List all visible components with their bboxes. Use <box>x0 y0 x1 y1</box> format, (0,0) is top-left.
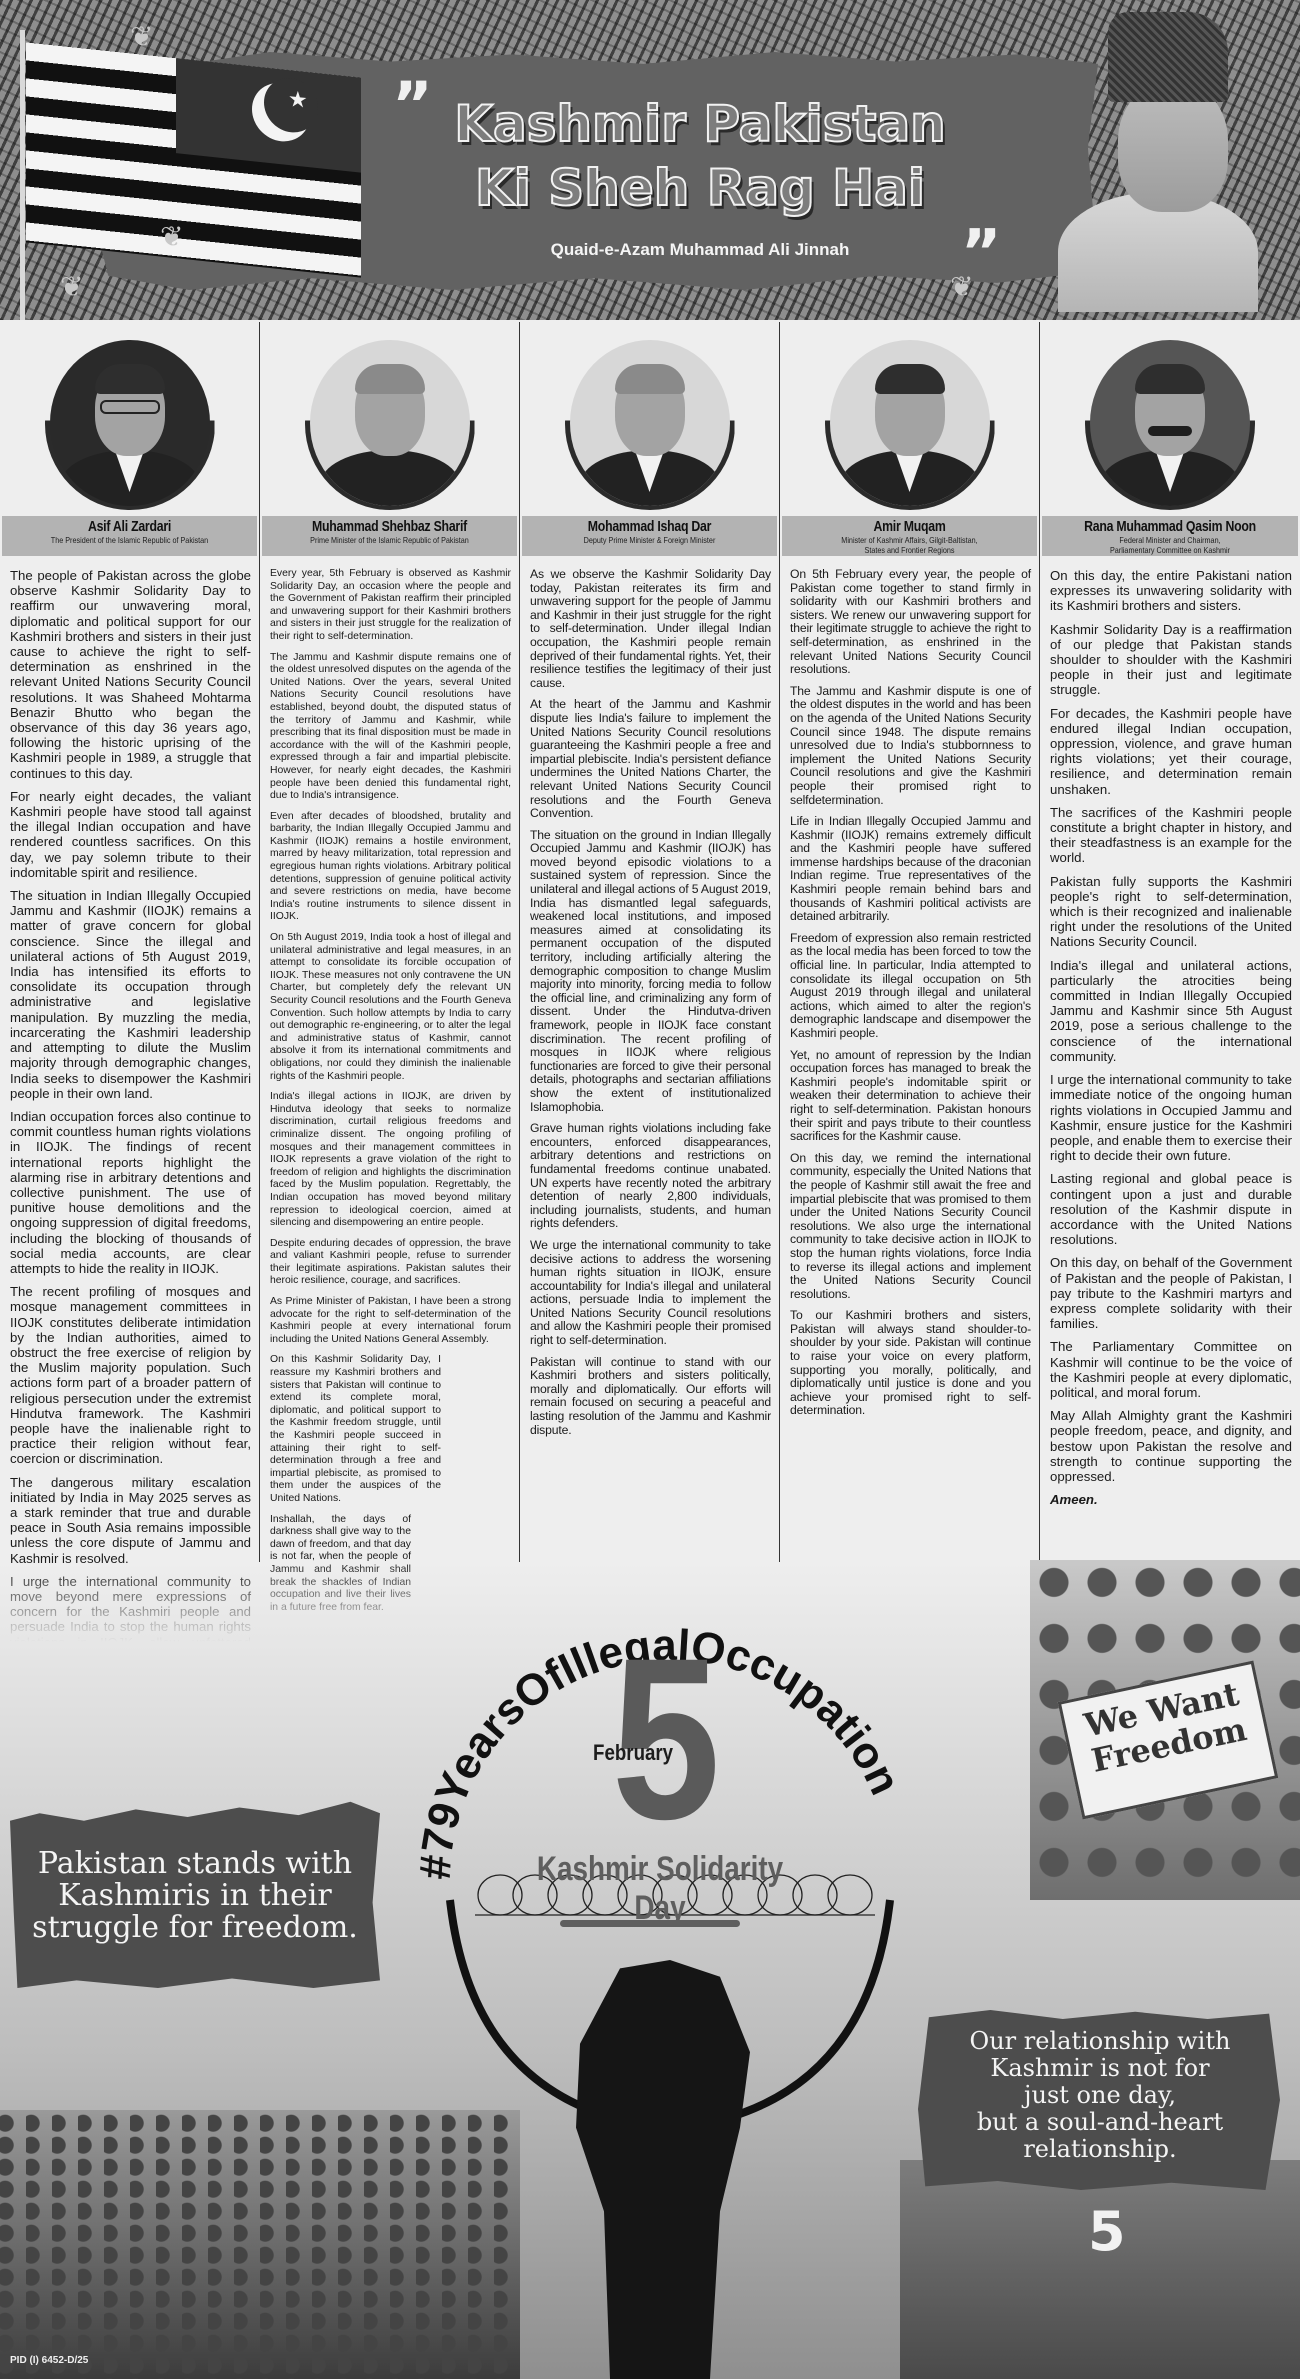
name-bar: Muhammad Shehbaz Sharif Prime Minister o… <box>262 516 517 556</box>
message-paragraph: India's illegal and unilateral actions, … <box>1050 958 1292 1064</box>
message-paragraph: Lasting regional and global peace is con… <box>1050 1171 1292 1247</box>
message-paragraph: The Jammu and Kashmir dispute is one of … <box>790 685 1031 807</box>
message-paragraph: For nearly eight decades, the valiant Ka… <box>10 789 251 880</box>
message-paragraph: India's illegal actions in IIOJK, are dr… <box>270 1091 511 1230</box>
leaders-messages: Asif Ali Zardari The President of the Is… <box>0 322 1300 1562</box>
message-paragraph: On this day, we remind the international… <box>790 1152 1031 1302</box>
banner-quote: Kashmir Pakistan Ki Sheh Rag Hai <box>420 92 980 220</box>
avatar <box>565 338 735 510</box>
callout-left: Pakistan stands with Kashmiris in their … <box>24 1848 366 1944</box>
message-paragraph: The sacrifices of the Kashmiri people co… <box>1050 805 1292 866</box>
maple-leaf-icon: ❦ <box>950 270 973 303</box>
leader-name: Asif Ali Zardari <box>25 518 234 535</box>
leader-name: Rana Muhammad Qasim Noon <box>1065 518 1275 535</box>
leader-name: Muhammad Shehbaz Sharif <box>285 518 494 535</box>
kashmir-flag-icon: ★ <box>26 42 361 277</box>
banner-quote-line2: Ki Sheh Rag Hai <box>475 159 925 217</box>
karakul-cap <box>1108 12 1228 102</box>
leader-column-shehbaz: Muhammad Shehbaz Sharif Prime Minister o… <box>260 322 520 1562</box>
leader-column-noon: Rana Muhammad Qasim Noon Federal Ministe… <box>1040 322 1300 1562</box>
leader-title: Federal Minister and Chairman, <box>1061 535 1279 545</box>
message-paragraph: May Allah Almighty grant the Kashmiri pe… <box>1050 1408 1292 1484</box>
leader-name: Amir Muqam <box>805 518 1014 535</box>
message-paragraph: We urge the international community to t… <box>530 1239 771 1348</box>
solidarity-emblem: #79YearsOfIllegalOccupation 5 <box>390 1560 950 2379</box>
message-paragraph: The situation on the ground in Indian Il… <box>530 829 771 1114</box>
leader-column-zardari: Asif Ali Zardari The President of the Is… <box>0 322 260 1562</box>
leader-title: Prime Minister of the Islamic Republic o… <box>281 535 498 545</box>
closing-ameen: Ameen. <box>1050 1492 1292 1507</box>
message-paragraph: As Prime Minister of Pakistan, I have be… <box>270 1296 511 1346</box>
portrait-shehbaz <box>310 340 470 506</box>
leader-title: Minister of Kashmir Affairs, Gilgit-Balt… <box>801 535 1018 545</box>
maple-leaf-icon: ❦ <box>130 20 153 53</box>
message-paragraph: To our Kashmiri brothers and sisters, Pa… <box>790 1309 1031 1418</box>
leader-message: On this day, the entire Pakistani nation… <box>1050 568 1292 1515</box>
poster-number: 5 <box>1088 2200 1126 2263</box>
chain-right-icon <box>720 1900 890 2120</box>
banner-quote-line1: Kashmir Pakistan <box>454 95 946 153</box>
callout-right: Our relationship with Kashmir is not for… <box>930 2028 1270 2163</box>
leader-title: Deputy Prime Minister & Foreign Minister <box>541 535 758 545</box>
leader-title: States and Frontier Regions <box>801 545 1018 555</box>
message-paragraph: Life in Indian Illegally Occupied Jammu … <box>790 815 1031 924</box>
message-paragraph: On 5th February every year, the people o… <box>790 568 1031 677</box>
maple-leaf-icon: ❦ <box>160 220 183 253</box>
name-bar: Asif Ali Zardari The President of the Is… <box>2 516 257 556</box>
message-paragraph: At the heart of the Jammu and Kashmir di… <box>530 698 771 820</box>
message-paragraph: On this day, the entire Pakistani nation… <box>1050 568 1292 614</box>
leader-title: Parliamentary Committee on Kashmir <box>1061 545 1279 555</box>
message-paragraph: Despite enduring decades of oppression, … <box>270 1238 511 1288</box>
name-bar: Mohammad Ishaq Dar Deputy Prime Minister… <box>522 516 777 556</box>
divider <box>560 1920 740 1927</box>
message-paragraph: Indian occupation forces also continue t… <box>10 1109 251 1276</box>
solidarity-graphic: We Want Freedom 5 #79YearsOfIllegalOccup… <box>0 1560 1300 2379</box>
message-paragraph: Grave human rights violations including … <box>530 1122 771 1231</box>
message-paragraph: On 5th August 2019, India took a host of… <box>270 932 511 1083</box>
star-icon: ★ <box>288 88 308 112</box>
leader-name: Mohammad Ishaq Dar <box>545 518 754 535</box>
message-paragraph: On this day, on behalf of the Government… <box>1050 1255 1292 1331</box>
message-paragraph: Kashmir Solidarity Day is a reaffirmatio… <box>1050 622 1292 698</box>
flag-pole <box>20 30 25 320</box>
avatar <box>45 338 215 510</box>
message-paragraph: Pakistan will continue to stand with our… <box>530 1356 771 1438</box>
message-paragraph: Every year, 5th February is observed as … <box>270 568 511 644</box>
date-month: February <box>593 1740 673 1766</box>
message-paragraph: The Parliamentary Committee on Kashmir w… <box>1050 1339 1292 1400</box>
leader-message: On 5th February every year, the people o… <box>790 568 1031 1426</box>
message-paragraph: Yet, no amount of repression by the Indi… <box>790 1049 1031 1144</box>
message-paragraph: I urge the international community to ta… <box>1050 1072 1292 1163</box>
leader-message: Every year, 5th February is observed as … <box>270 568 511 1622</box>
header-banner: ★ ❦ ❦ ❦ ❦ ” Kashmir Pakistan Ki Sheh Rag… <box>0 0 1300 320</box>
quote-author: Quaid-e-Azam Muhammad Ali Jinnah <box>520 240 880 260</box>
avatar <box>305 338 475 510</box>
urdu-poster-photo <box>900 2160 1300 2379</box>
message-paragraph: On this Kashmir Solidarity Day, I reassu… <box>270 1354 441 1505</box>
portrait-muqam <box>830 340 990 506</box>
portrait-zardari <box>50 340 210 506</box>
maple-leaf-icon: ❦ <box>60 270 83 303</box>
message-paragraph: Even after decades of bloodshed, brutali… <box>270 811 511 924</box>
avatar <box>1085 338 1255 510</box>
message-paragraph: The Jammu and Kashmir dispute remains on… <box>270 652 511 803</box>
pid-reference: PID (I) 6452-D/25 <box>10 2355 88 2366</box>
message-paragraph: The situation in Indian Illegally Occupi… <box>10 888 251 1101</box>
leader-message: As we observe the Kashmir Solidarity Day… <box>530 568 771 1445</box>
message-paragraph: Pakistan fully supports the Kashmiri peo… <box>1050 874 1292 950</box>
portrait-dar <box>570 340 730 506</box>
message-paragraph: The recent profiling of mosques and mosq… <box>10 1284 251 1466</box>
message-paragraph: For decades, the Kashmiri people have en… <box>1050 706 1292 797</box>
leader-column-dar: Mohammad Ishaq Dar Deputy Prime Minister… <box>520 322 780 1562</box>
portrait-noon <box>1090 340 1250 506</box>
event-title: Kashmir Solidarity Day <box>521 1850 800 1928</box>
message-paragraph: The dangerous military escalation initia… <box>10 1475 251 1566</box>
leader-title: The President of the Islamic Republic of… <box>21 535 238 545</box>
message-paragraph: Freedom of expression also remain restri… <box>790 932 1031 1041</box>
jinnah-portrait <box>1048 12 1248 312</box>
name-bar: Rana Muhammad Qasim Noon Federal Ministe… <box>1042 516 1298 556</box>
quote-close-mark: „ <box>962 188 1003 250</box>
message-paragraph: As we observe the Kashmir Solidarity Day… <box>530 568 771 690</box>
message-paragraph: The people of Pakistan across the globe … <box>10 568 251 781</box>
leader-column-muqam: Amir Muqam Minister of Kashmir Affairs, … <box>780 322 1040 1562</box>
avatar <box>825 338 995 510</box>
name-bar: Amir Muqam Minister of Kashmir Affairs, … <box>782 516 1037 556</box>
date-day: 5 <box>612 1644 721 1834</box>
